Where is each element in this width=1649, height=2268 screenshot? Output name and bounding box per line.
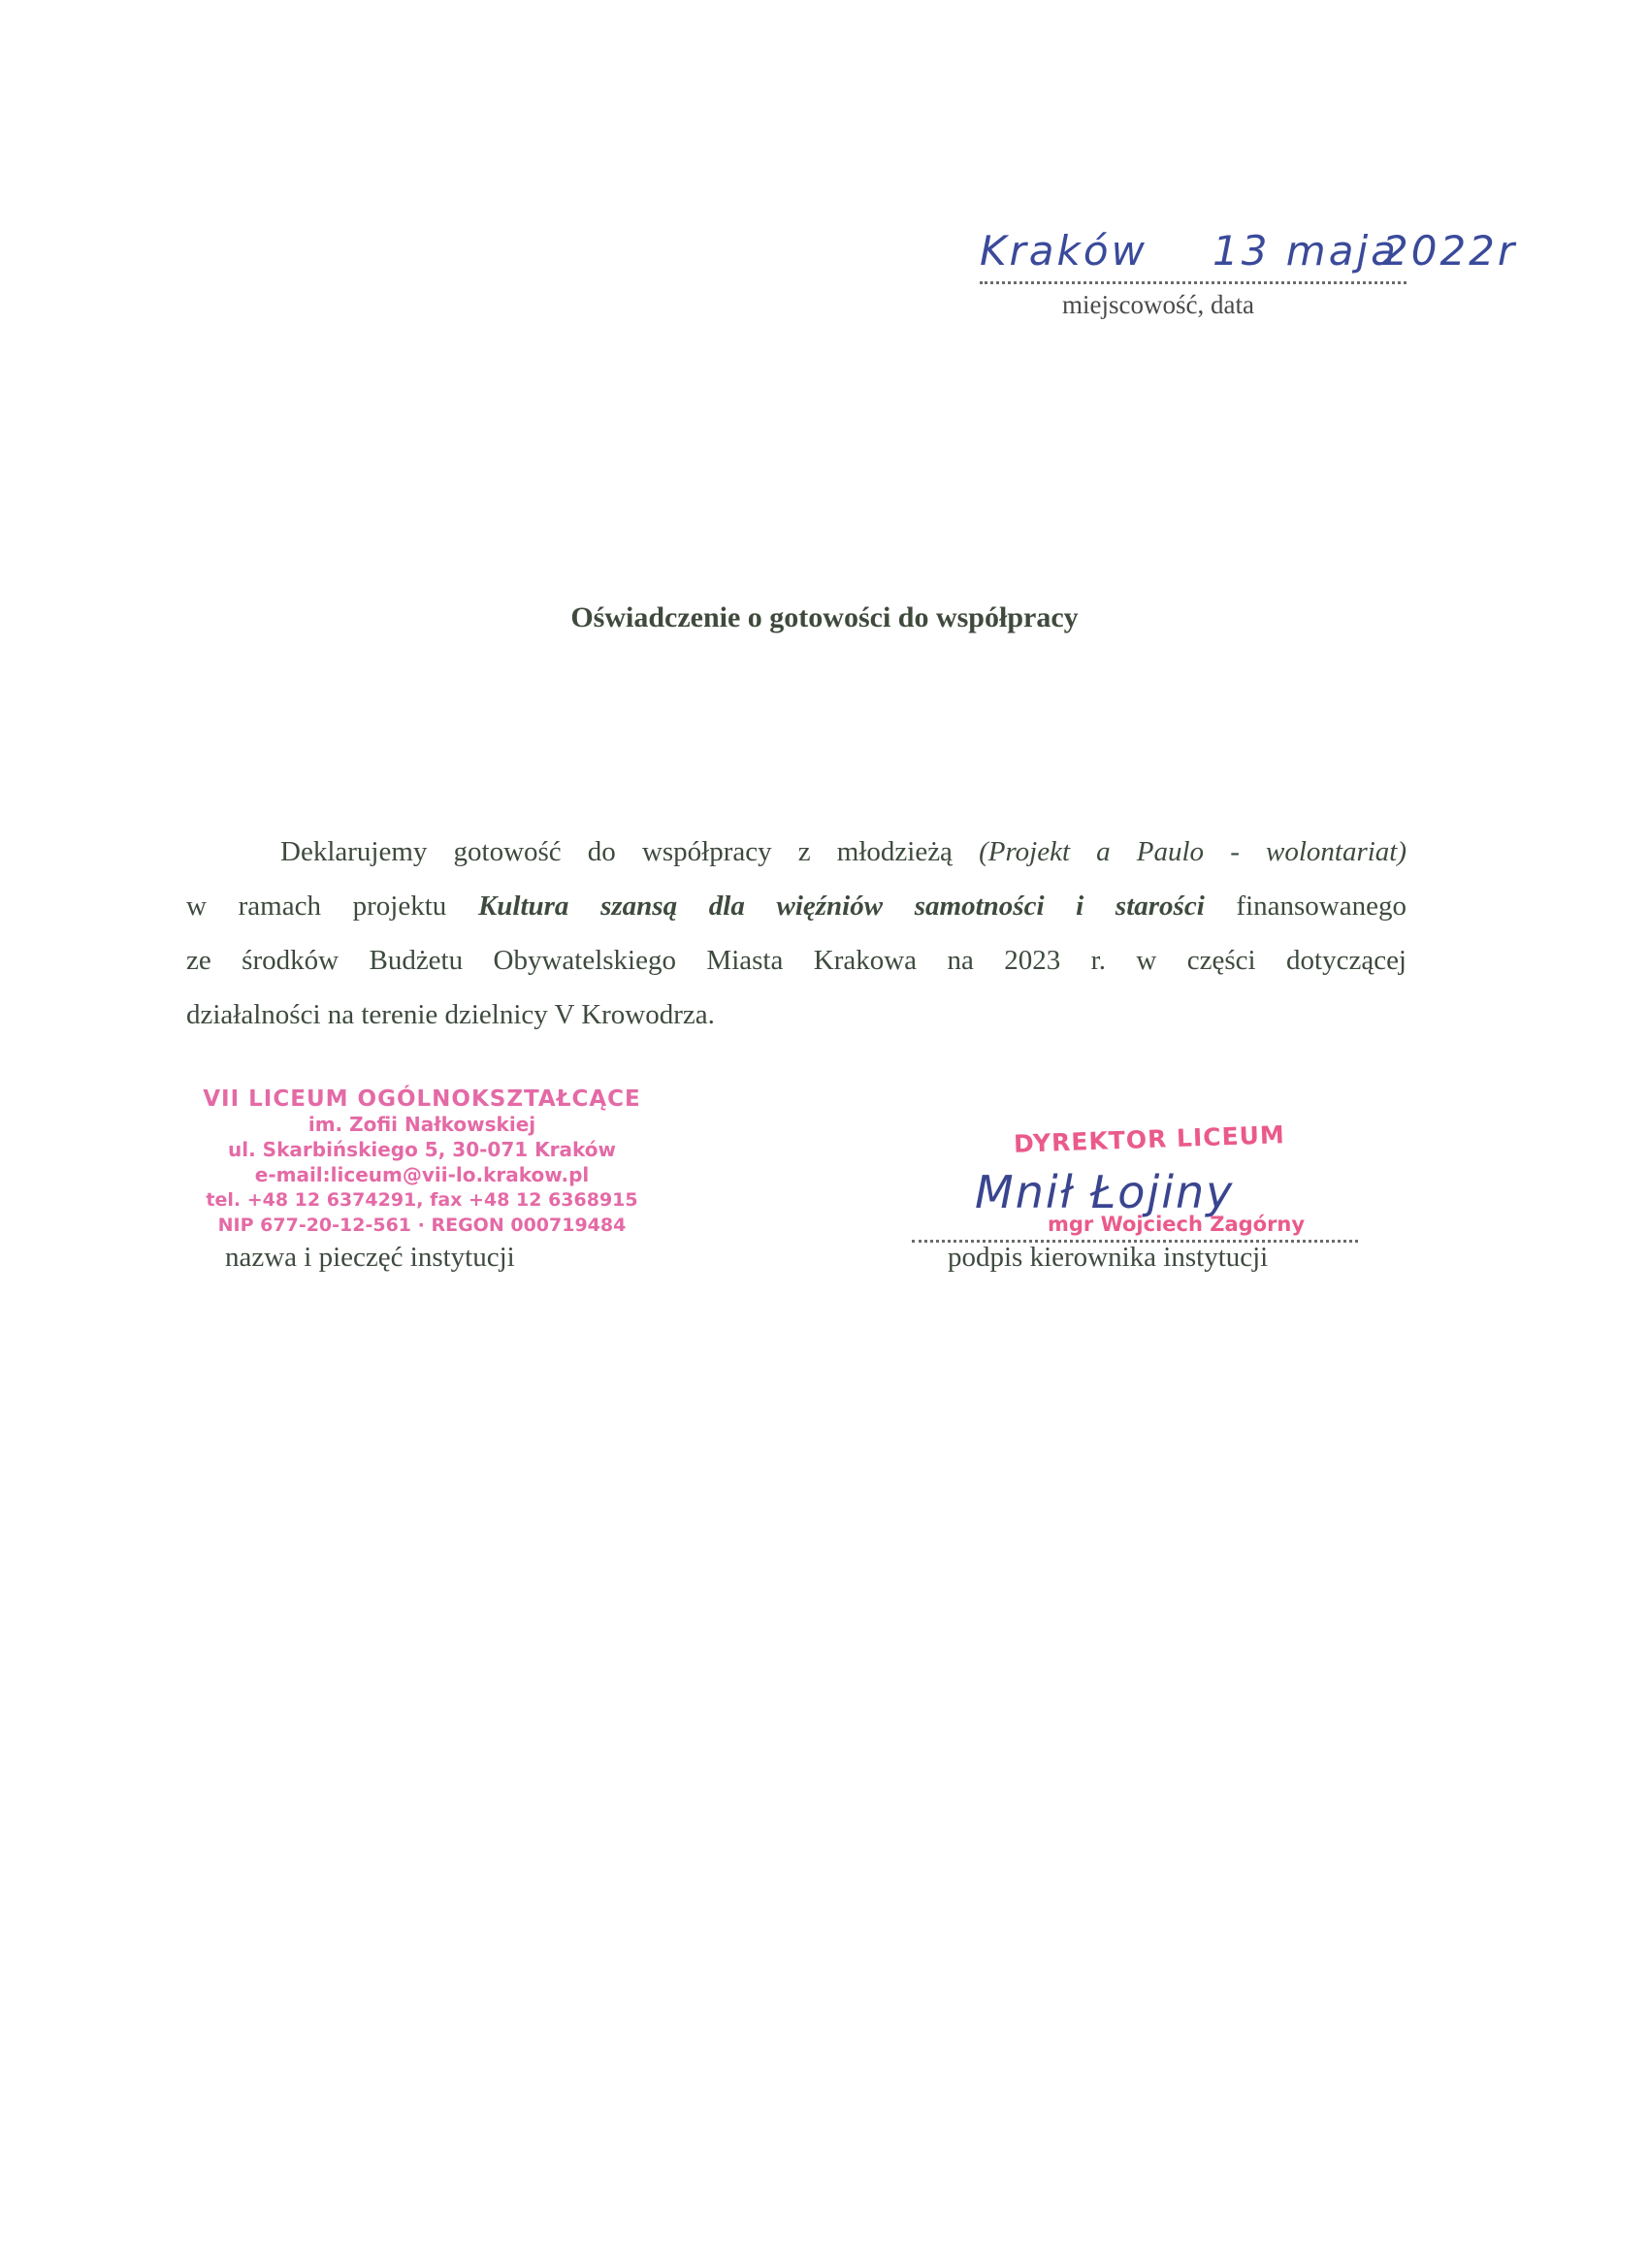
line2-suffix: finansowanego	[1205, 891, 1406, 922]
handwritten-date: Kraków 13 maja 2022r	[980, 221, 1542, 281]
document-title: Oświadczenie o gotowości do współpracy	[0, 601, 1649, 634]
date-caption: miejscowość, data	[1062, 290, 1542, 320]
date-year: 2022r	[1382, 227, 1517, 275]
stamp-email: e-mail:liceum@vii-lo.krakow.pl	[189, 1162, 655, 1187]
paragraph-line-1: Deklarujemy gotowość do współpracy z mło…	[186, 825, 1406, 879]
place-date-block: Kraków 13 maja 2022r miejscowość, data	[980, 221, 1542, 320]
stamp-address: ul. Skarbińskiego 5, 30-071 Kraków	[189, 1137, 655, 1162]
project-title: Kultura szansą dla więźniów samotności i…	[478, 891, 1205, 922]
stamp-phone: tel. +48 12 6374291, fax +48 12 6368915	[189, 1187, 655, 1213]
date-day: 13 maja	[1212, 227, 1399, 275]
project-name-italic: (Projekt a Paulo - wolontariat)	[979, 836, 1406, 867]
stamp-ids: NIP 677-20-12-561 · REGON 000719484	[189, 1213, 655, 1238]
institution-caption: nazwa i pieczęć instytucji	[225, 1242, 515, 1274]
director-name-stamp: mgr Wojciech Zagórny	[1048, 1213, 1305, 1236]
institution-stamp: VII LICEUM OGÓLNOKSZTAŁCĄCE im. Zofii Na…	[189, 1086, 655, 1238]
paragraph-line-3: ze środków Budżetu Obywatelskiego Miasta…	[186, 933, 1406, 988]
date-dotted-line	[980, 281, 1406, 284]
stamp-school-name: VII LICEUM OGÓLNOKSZTAŁCĄCE	[189, 1086, 655, 1112]
line2-prefix: w ramach projektu	[186, 891, 478, 922]
handwritten-signature: Mnił Łojiny	[975, 1166, 1234, 1218]
director-stamp: DYREKTOR LICEUM	[1014, 1120, 1286, 1158]
line1-text: Deklarujemy gotowość do współpracy z mło…	[280, 836, 979, 867]
stamp-patron: im. Zofii Nałkowskiej	[189, 1112, 655, 1137]
date-place: Kraków	[980, 227, 1148, 275]
declaration-paragraph: Deklarujemy gotowość do współpracy z mło…	[186, 825, 1406, 1042]
paragraph-line-4: działalności na terenie dzielnicy V Krow…	[186, 988, 1406, 1042]
signature-caption: podpis kierownika instytucji	[948, 1242, 1268, 1274]
paragraph-line-2: w ramach projektu Kultura szansą dla wię…	[186, 879, 1406, 933]
